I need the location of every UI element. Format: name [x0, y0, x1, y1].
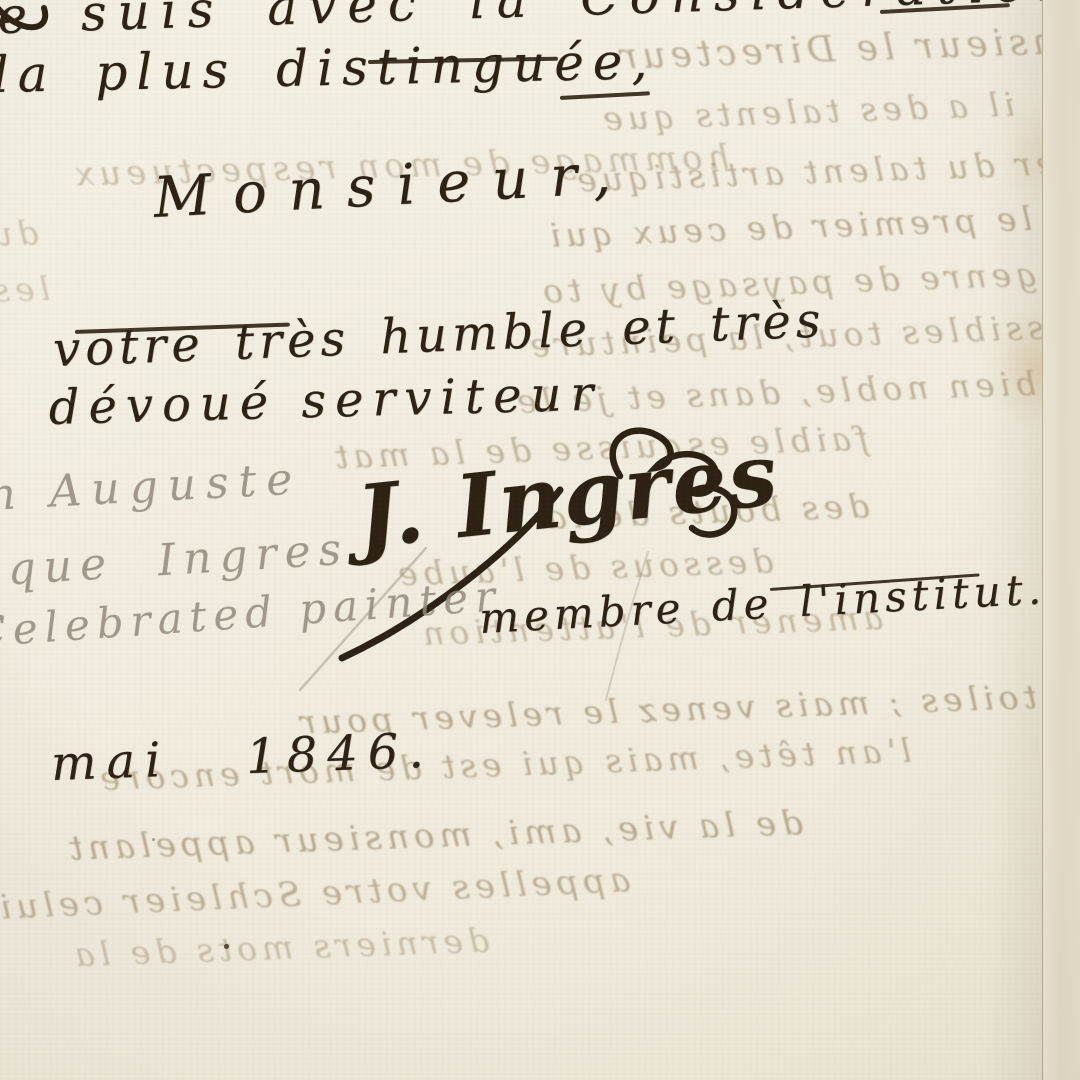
closing-line-2: la plus distinguée,	[0, 32, 657, 104]
bleedthrough-line: les	[0, 269, 51, 310]
page-edge	[1042, 0, 1080, 1080]
bleedthrough-line: du	[0, 213, 39, 254]
valediction-line-2: dévoué serviteur	[48, 366, 603, 436]
bleedthrough-line: de la vie, ami, monsieur appelant	[64, 803, 804, 869]
page-edge-shadow	[988, 0, 1042, 1080]
bleedthrough-line: appelles votre Schleier celui	[0, 860, 631, 928]
ink-speck	[152, 838, 155, 841]
valediction-line-1: votre très humble et très	[52, 292, 826, 378]
letter-page: Monsieur le Directeuril a des talents qu…	[0, 0, 1080, 1080]
bleedthrough-line: derniers mots de la	[69, 921, 489, 975]
pencil-annotation-1: n Auguste	[0, 454, 303, 521]
bleedthrough-line: il a des talents que	[597, 85, 1015, 139]
ink-speck	[224, 944, 229, 949]
